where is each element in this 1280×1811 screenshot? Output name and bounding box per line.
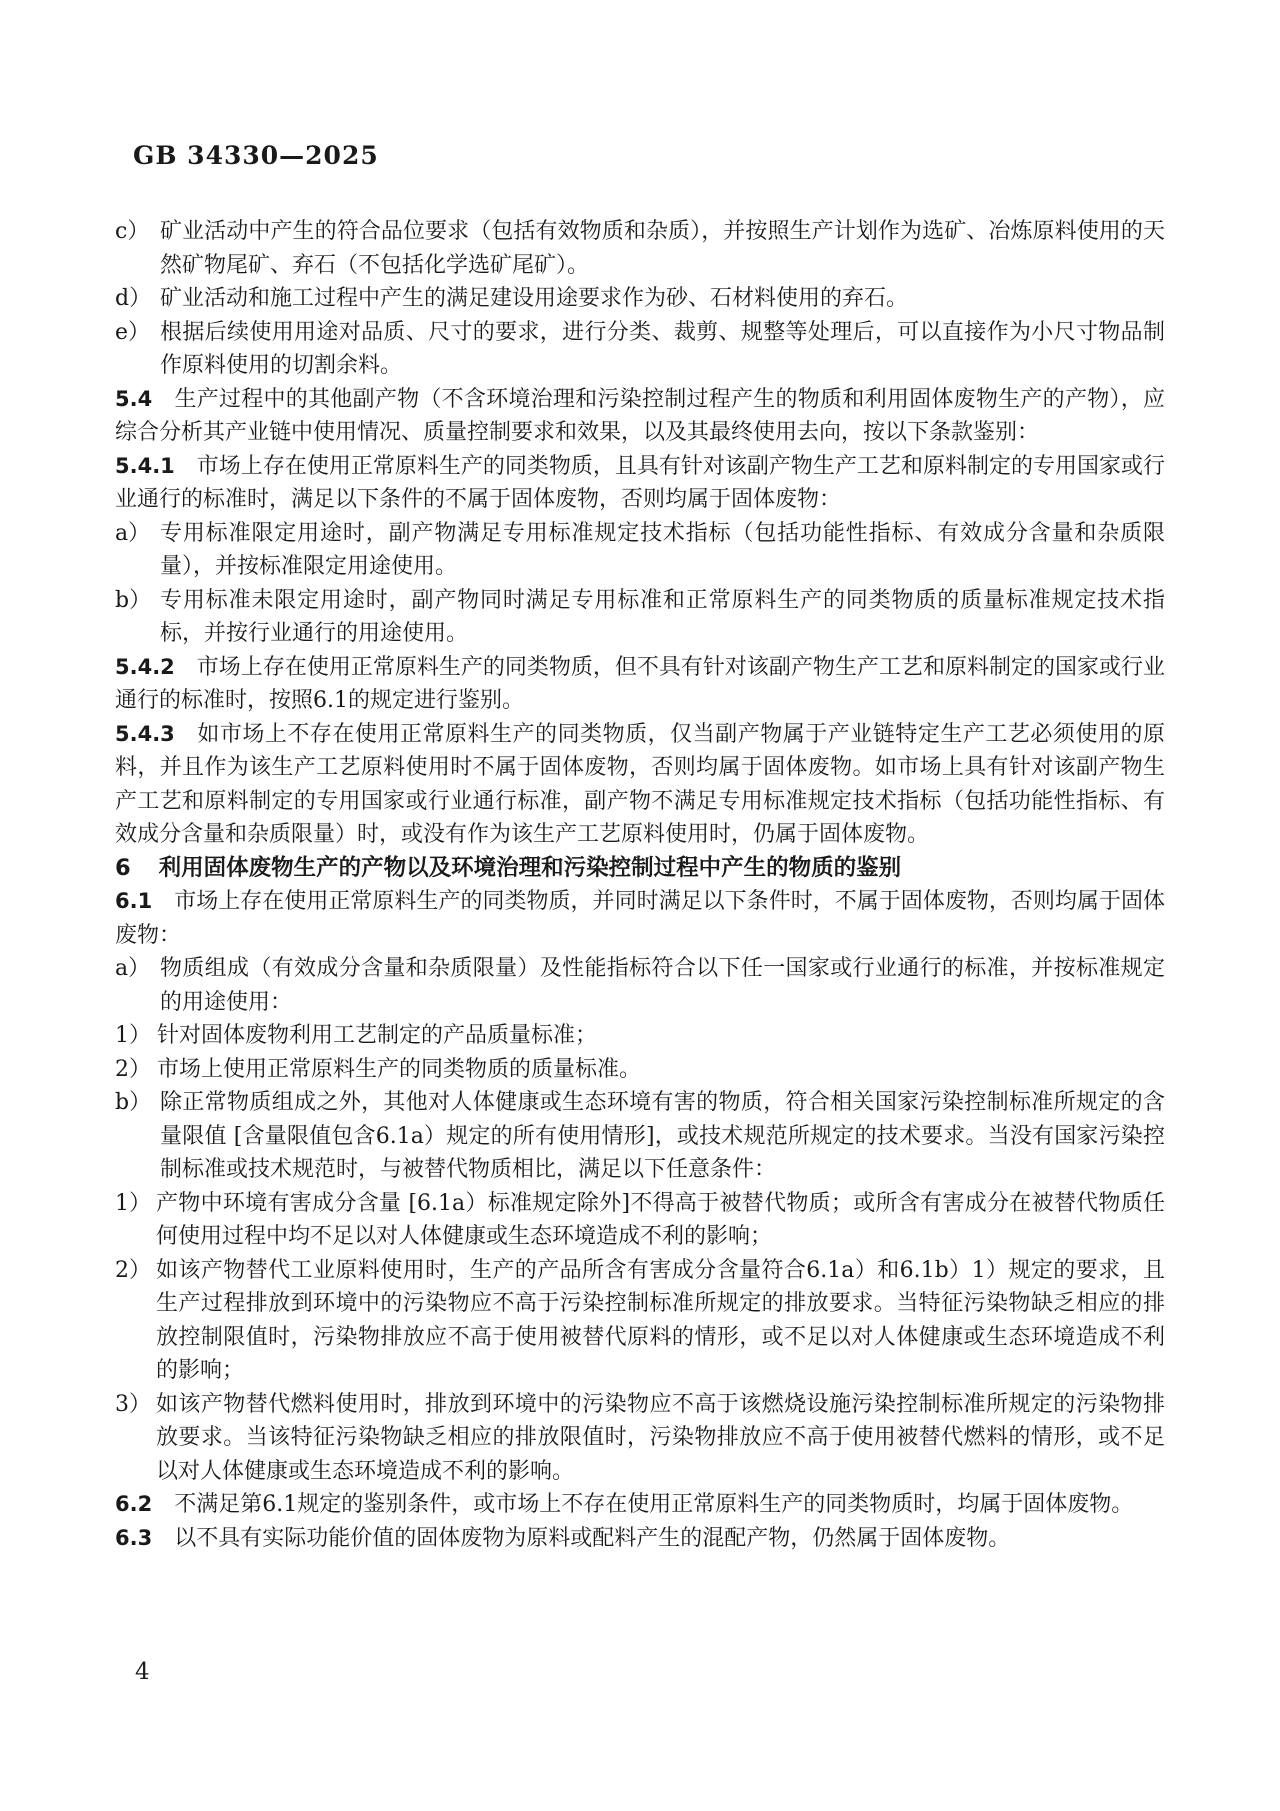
clause-6-3: 6.3以不具有实际功能价值的固体废物为原料或配料产生的混配产物，仍然属于固体废物…: [115, 1522, 1165, 1556]
clause-5-4: 5.4生产过程中的其他副产物（不含环境治理和污染控制过程产生的物质和利用固体废物…: [115, 383, 1165, 450]
list-item-text: 市场上使用正常原料生产的同类物质的质量标准。: [157, 1053, 1165, 1087]
list-item-1: 1） 产物中环境有害成分含量 [6.1a）标准规定除外]不得高于被替代物质；或所…: [115, 1187, 1165, 1254]
list-item-text: 矿业活动和施工过程中产生的满足建设用途要求作为砂、石材料使用的弃石。: [160, 282, 1165, 316]
list-item-d: d） 矿业活动和施工过程中产生的满足建设用途要求作为砂、石材料使用的弃石。: [115, 282, 1165, 316]
document-code: GB 34330—2025: [133, 141, 379, 170]
list-marker: d）: [115, 282, 160, 316]
page-number: 4: [135, 1659, 150, 1685]
list-item-text: 矿业活动中产生的符合品位要求（包括有效物质和杂质），并按照生产计划作为选矿、冶炼…: [160, 215, 1165, 282]
section-number: 6: [115, 852, 131, 886]
list-marker: 2）: [115, 1053, 157, 1087]
clause-text: 如市场上不存在使用正常原料生产的同类物质，仅当副产物属于产业链特定生产工艺必须使…: [115, 722, 1165, 848]
clause-number: 5.4.3: [115, 722, 175, 746]
list-item-b: b） 除正常物质组成之外，其他对人体健康或生态环境有害的物质，符合相关国家污染控…: [115, 1086, 1165, 1187]
list-item-1: 1） 针对固体废物利用工艺制定的产品质量标准；: [115, 1019, 1165, 1053]
list-item-a: a） 专用标准限定用途时，副产物满足专用标准规定技术指标（包括功能性指标、有效成…: [115, 517, 1165, 584]
list-marker: 1）: [115, 1187, 156, 1221]
clause-number: 6.3: [115, 1526, 152, 1550]
list-item-2: 2） 市场上使用正常原料生产的同类物质的质量标准。: [115, 1053, 1165, 1087]
list-marker: 2）: [115, 1254, 156, 1288]
page-content: c） 矿业活动中产生的符合品位要求（包括有效物质和杂质），并按照生产计划作为选矿…: [115, 215, 1165, 1555]
list-item-text: 物质组成（有效成分含量和杂质限量）及性能指标符合以下任一国家或行业通行的标准，并…: [160, 952, 1165, 1019]
list-item-text: 除正常物质组成之外，其他对人体健康或生态环境有害的物质，符合相关国家污染控制标准…: [160, 1086, 1165, 1187]
clause-5-4-2: 5.4.2市场上存在使用正常原料生产的同类物质，但不具有针对该副产物生产工艺和原…: [115, 651, 1165, 718]
clause-text: 市场上存在使用正常原料生产的同类物质，但不具有针对该副产物生产工艺和原料制定的国…: [115, 655, 1165, 714]
list-marker: c）: [115, 215, 160, 249]
clause-5-4-3: 5.4.3如市场上不存在使用正常原料生产的同类物质，仅当副产物属于产业链特定生产…: [115, 718, 1165, 852]
list-item-a: a） 物质组成（有效成分含量和杂质限量）及性能指标符合以下任一国家或行业通行的标…: [115, 952, 1165, 1019]
list-item-text: 如该产物替代工业原料使用时，生产的产品所含有害成分含量符合6.1a）和6.1b）…: [156, 1254, 1165, 1388]
section-6-heading: 6 利用固体废物生产的产物以及环境治理和污染控制过程中产生的物质的鉴别: [115, 852, 1165, 886]
list-item-c: c） 矿业活动中产生的符合品位要求（包括有效物质和杂质），并按照生产计划作为选矿…: [115, 215, 1165, 282]
list-item-text: 根据后续使用用途对品质、尺寸的要求，进行分类、裁剪、规整等处理后，可以直接作为小…: [160, 316, 1165, 383]
document-page: GB 34330—2025 c） 矿业活动中产生的符合品位要求（包括有效物质和杂…: [0, 0, 1280, 1811]
clause-number: 5.4.1: [115, 454, 175, 478]
clause-number: 5.4.2: [115, 655, 175, 679]
clause-text: 市场上存在使用正常原料生产的同类物质，并同时满足以下条件时，不属于固体废物，否则…: [115, 889, 1165, 948]
list-marker: 1）: [115, 1019, 157, 1053]
clause-number: 6.1: [115, 889, 152, 913]
list-item-2: 2） 如该产物替代工业原料使用时，生产的产品所含有害成分含量符合6.1a）和6.…: [115, 1254, 1165, 1388]
section-title: 利用固体废物生产的产物以及环境治理和污染控制过程中产生的物质的鉴别: [159, 852, 1165, 886]
list-item-text: 专用标准限定用途时，副产物满足专用标准规定技术指标（包括功能性指标、有效成分含量…: [160, 517, 1165, 584]
list-item-text: 专用标准未限定用途时，副产物同时满足专用标准和正常原料生产的同类物质的质量标准规…: [160, 584, 1165, 651]
list-item-3: 3） 如该产物替代燃料使用时，排放到环境中的污染物应不高于该燃烧设施污染控制标准…: [115, 1388, 1165, 1489]
list-item-e: e） 根据后续使用用途对品质、尺寸的要求，进行分类、裁剪、规整等处理后，可以直接…: [115, 316, 1165, 383]
clause-text: 市场上存在使用正常原料生产的同类物质，且具有针对该副产物生产工艺和原料制定的专用…: [115, 454, 1165, 513]
clause-text: 不满足第6.1规定的鉴别条件，或市场上不存在使用正常原料生产的同类物质时，均属于…: [174, 1492, 1133, 1517]
list-marker: b）: [115, 584, 160, 618]
clause-text: 生产过程中的其他副产物（不含环境治理和污染控制过程产生的物质和利用固体废物生产的…: [115, 387, 1165, 446]
list-item-text: 如该产物替代燃料使用时，排放到环境中的污染物应不高于该燃烧设施污染控制标准所规定…: [156, 1388, 1165, 1489]
clause-6-2: 6.2不满足第6.1规定的鉴别条件，或市场上不存在使用正常原料生产的同类物质时，…: [115, 1488, 1165, 1522]
clause-text: 以不具有实际功能价值的固体废物为原料或配料产生的混配产物，仍然属于固体废物。: [174, 1526, 1010, 1551]
clause-5-4-1: 5.4.1市场上存在使用正常原料生产的同类物质，且具有针对该副产物生产工艺和原料…: [115, 450, 1165, 517]
clause-number: 6.2: [115, 1492, 152, 1516]
list-marker: e）: [115, 316, 160, 350]
list-marker: 3）: [115, 1388, 156, 1422]
list-item-text: 针对固体废物利用工艺制定的产品质量标准；: [157, 1019, 1165, 1053]
list-marker: a）: [115, 952, 160, 986]
list-item-b: b） 专用标准未限定用途时，副产物同时满足专用标准和正常原料生产的同类物质的质量…: [115, 584, 1165, 651]
list-marker: a）: [115, 517, 160, 551]
clause-number: 5.4: [115, 387, 152, 411]
list-item-text: 产物中环境有害成分含量 [6.1a）标准规定除外]不得高于被替代物质；或所含有害…: [156, 1187, 1165, 1254]
list-marker: b）: [115, 1086, 160, 1120]
clause-6-1: 6.1市场上存在使用正常原料生产的同类物质，并同时满足以下条件时，不属于固体废物…: [115, 885, 1165, 952]
